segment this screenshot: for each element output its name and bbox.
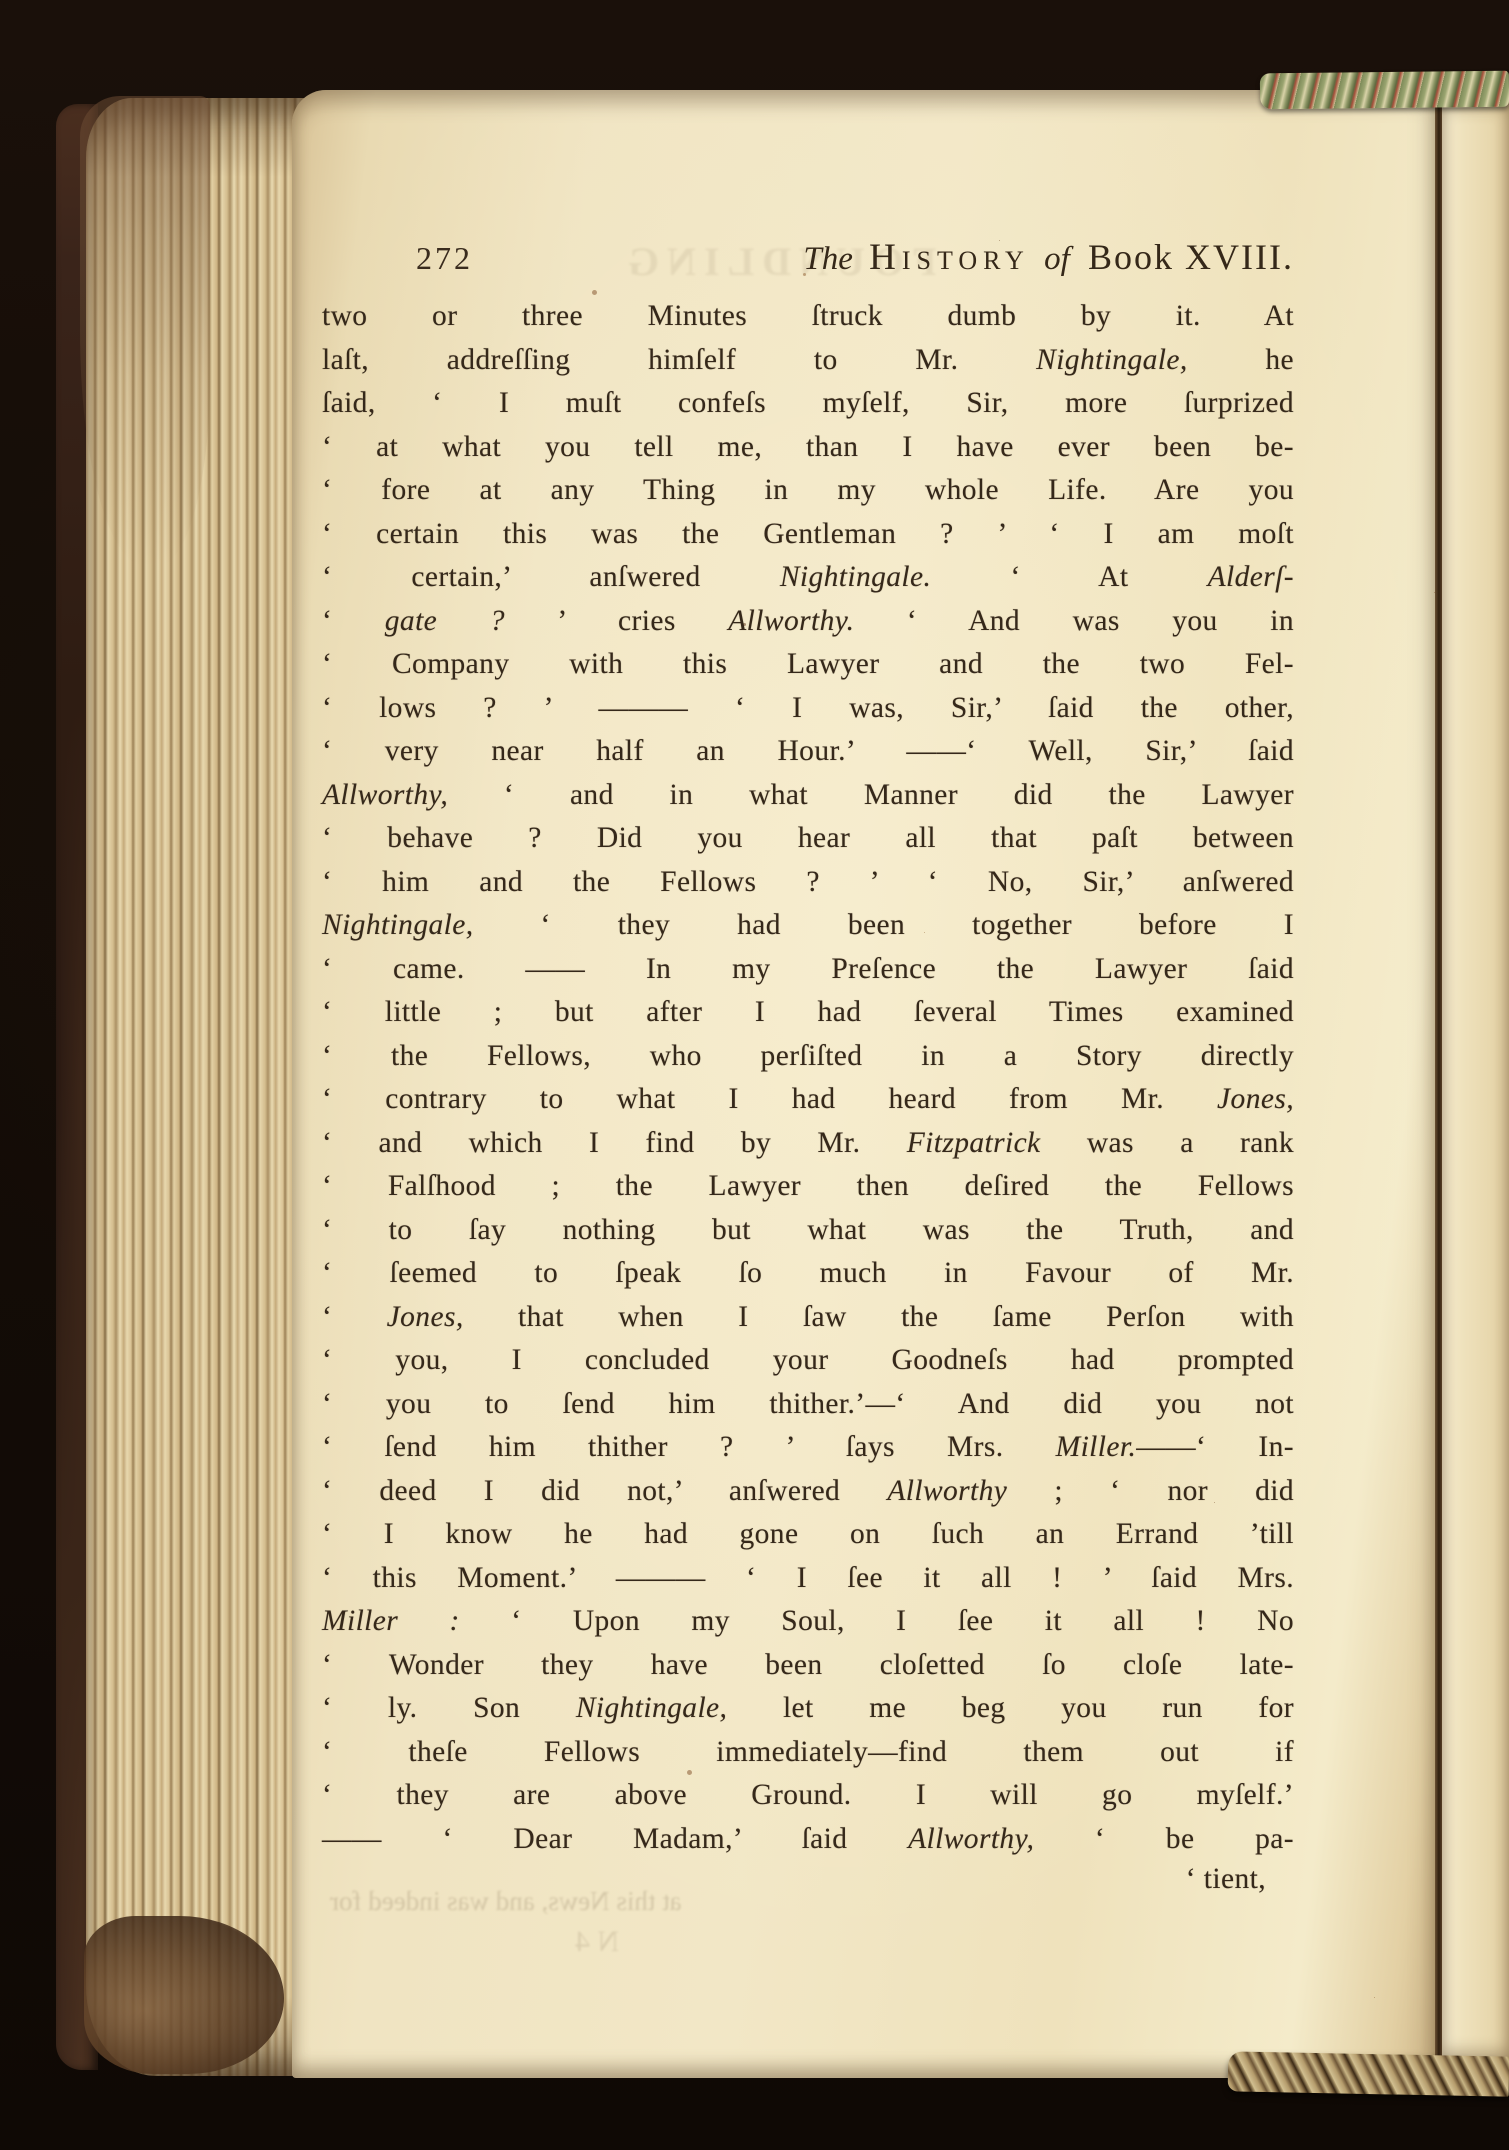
body-text: ‘ At — [931, 561, 1207, 593]
body-text: ‘ deed I did not,’ anſwered — [322, 1475, 887, 1507]
text-line: two or three Minutes ſtruck dumb by it. … — [322, 295, 1294, 339]
italic-text: Miller. — [1056, 1431, 1137, 1463]
body-text: ‘ certain,’ anſwered — [322, 561, 780, 593]
body-lines: two or three Minutes ſtruck dumb by it. … — [322, 295, 1294, 1861]
body-text: ‘ ſend him thither ? ’ ſays Mrs. — [322, 1431, 1056, 1463]
body-text: ‘ you to ſend him thither.’—‘ And did yo… — [322, 1388, 1294, 1420]
body-text: ‘ Falſhood ; the Lawyer then deſired the… — [322, 1170, 1294, 1202]
body-text: was a rank — [1041, 1127, 1294, 1159]
text-line: Allworthy, ‘ and in what Manner did the … — [322, 774, 1294, 818]
italic-text: Nightingale, — [1036, 344, 1187, 376]
text-line: ‘ you to ſend him thither.’—‘ And did yo… — [322, 1383, 1294, 1427]
headband — [1260, 71, 1509, 110]
text-line: ‘ certain this was the Gentleman ? ’ ‘ I… — [322, 513, 1294, 557]
text-line: ‘ Jones, that when I ſaw the ſame Perſon… — [322, 1296, 1294, 1340]
text-line: ‘ they are above Ground. I will go myſel… — [322, 1774, 1294, 1818]
body-text: ‘ the Fellows, who perſiſted in a Story … — [322, 1040, 1294, 1072]
text-line: ‘ fore at any Thing in my whole Life. Ar… — [322, 469, 1294, 513]
body-text: he — [1188, 344, 1294, 376]
running-header: 272 The History of Book XVIII. — [322, 236, 1294, 279]
worn-leather-bottom-corner — [84, 1916, 284, 2074]
italic-text: Fitzpatrick — [907, 1127, 1041, 1159]
text-line: ‘ theſe Fellows immediately—find them ou… — [322, 1731, 1294, 1775]
text-line: ‘ little ; but after I had ſeveral Times… — [322, 991, 1294, 1035]
text-line: ‘ you, I concluded your Goodneſs had pro… — [322, 1339, 1294, 1383]
body-text: ’ cries — [505, 605, 728, 637]
body-text: ‘ Company with this Lawyer and the two F… — [322, 648, 1294, 680]
text-line: ‘ to ſay nothing but what was the Truth,… — [322, 1209, 1294, 1253]
body-text: ‘ came. —— In my Preſence the Lawyer ſai… — [322, 953, 1294, 985]
book-photo-scene: FOUNDLING at this News, and was indeed f… — [0, 0, 1509, 2150]
title-the: The — [803, 241, 853, 277]
text-line: ‘ deed I did not,’ anſwered Allworthy ; … — [322, 1470, 1294, 1514]
italic-text: Allworthy, — [322, 779, 448, 811]
italic-text: Miller : — [322, 1605, 460, 1637]
show-through-signature: N 4 — [575, 1925, 619, 1959]
text-line: ‘ came. —— In my Preſence the Lawyer ſai… — [322, 948, 1294, 992]
body-text: ‘ him and the Fellows ? ’ ‘ No, Sir,’ an… — [322, 866, 1294, 898]
text-line: ‘ ſeemed to ſpeak ſo much in Favour of M… — [322, 1252, 1294, 1296]
body-text: ‘ — [322, 1301, 387, 1333]
page-number: 272 — [416, 240, 473, 277]
text-line: ‘ I know he had gone on ſuch an Errand ’… — [322, 1513, 1294, 1557]
body-text: ‘ fore at any Thing in my whole Life. Ar… — [322, 474, 1294, 506]
body-text: ‘ they had been together before I — [473, 909, 1294, 941]
text-line: ‘ ly. Son Nightingale, let me beg you ru… — [322, 1687, 1294, 1731]
catchword: ‘ tient, — [322, 1863, 1294, 1896]
italic-text: Nightingale, — [322, 909, 473, 941]
title-book-number: Book XVIII. — [1088, 237, 1294, 277]
italic-text: Nightingale. — [780, 561, 931, 593]
text-line: ‘ gate ? ’ cries Allworthy. ‘ And was yo… — [322, 600, 1294, 644]
body-text: ‘ I know he had gone on ſuch an Errand ’… — [322, 1518, 1294, 1550]
italic-text: Alderſ- — [1208, 561, 1294, 593]
italic-text: Jones, — [387, 1301, 464, 1333]
text-line: —— ‘ Dear Madam,’ ſaid Allworthy, ‘ be p… — [322, 1818, 1294, 1862]
body-text: ‘ — [322, 605, 385, 637]
body-text: two or three Minutes ſtruck dumb by it. … — [322, 300, 1294, 332]
italic-text: Allworthy. — [728, 605, 854, 637]
tailband — [1228, 2051, 1509, 2096]
text-line: ‘ certain,’ anſwered Nightingale. ‘ At A… — [322, 556, 1294, 600]
body-text: ‘ very near half an Hour.’ ——‘ Well, Sir… — [322, 735, 1294, 767]
facing-page-sliver — [1442, 98, 1509, 2062]
body-text: ‘ And was you in — [854, 605, 1294, 637]
body-text: ‘ lows ? ’ ——— ‘ I was, Sir,’ ſaid the o… — [322, 692, 1294, 724]
text-line: Miller : ‘ Upon my Soul, I ſee it all ! … — [322, 1600, 1294, 1644]
italic-text: Jones, — [1217, 1083, 1294, 1115]
body-text: ‘ at what you tell me, than I have ever … — [322, 431, 1294, 463]
body-text: let me beg you run for — [727, 1692, 1294, 1724]
body-text: ‘ behave ? Did you hear all that paſt be… — [322, 822, 1294, 854]
text-line: ‘ this Moment.’ ——— ‘ I ſee it all ! ’ ſ… — [322, 1557, 1294, 1601]
body-text: ‘ theſe Fellows immediately—find them ou… — [322, 1736, 1294, 1768]
body-text: ‘ and in what Manner did the Lawyer — [448, 779, 1294, 811]
italic-text: Allworthy — [887, 1475, 1007, 1507]
body-text: ‘ this Moment.’ ——— ‘ I ſee it all ! ’ ſ… — [322, 1562, 1294, 1594]
text-line: ‘ the Fellows, who perſiſted in a Story … — [322, 1035, 1294, 1079]
running-title: The History of Book XVIII. — [803, 236, 1294, 279]
body-text: ‘ Upon my Soul, I ſee it all ! No — [460, 1605, 1294, 1637]
gutter-shadow — [1435, 88, 1442, 2076]
text-line: ‘ and which I find by Mr. Fitzpatrick wa… — [322, 1122, 1294, 1166]
body-text: ‘ contrary to what I had heard from Mr. — [322, 1083, 1217, 1115]
title-history: History — [869, 237, 1030, 278]
text-line: ‘ very near half an Hour.’ ——‘ Well, Sir… — [322, 730, 1294, 774]
text-line: laſt, addreſſing himſelf to Mr. Nighting… — [322, 339, 1294, 383]
italic-text: Nightingale, — [576, 1692, 727, 1724]
body-text: ‘ to ſay nothing but what was the Truth,… — [322, 1214, 1294, 1246]
body-text: ‘ be pa- — [1034, 1823, 1294, 1855]
body-text: laſt, addreſſing himſelf to Mr. — [322, 344, 1036, 376]
body-text: ‘ and which I find by Mr. — [322, 1127, 907, 1159]
body-text: ſaid, ‘ I muſt confeſs myſelf, Sir, more… — [322, 387, 1294, 419]
body-text: ‘ ly. Son — [322, 1692, 576, 1724]
italic-text: Allworthy, — [908, 1823, 1034, 1855]
italic-text: gate ? — [385, 605, 505, 637]
text-line: ſaid, ‘ I muſt confeſs myſelf, Sir, more… — [322, 382, 1294, 426]
body-text: ‘ ſeemed to ſpeak ſo much in Favour of M… — [322, 1257, 1294, 1289]
text-line: ‘ at what you tell me, than I have ever … — [322, 426, 1294, 470]
body-text: ‘ little ; but after I had ſeveral Times… — [322, 996, 1294, 1028]
text-line: ‘ Wonder they have been cloſetted ſo clo… — [322, 1644, 1294, 1688]
text-line: ‘ behave ? Did you hear all that paſt be… — [322, 817, 1294, 861]
body-text: ‘ you, I concluded your Goodneſs had pro… — [322, 1344, 1294, 1376]
body-text: ——‘ In- — [1136, 1431, 1294, 1463]
body-text: ‘ they are above Ground. I will go myſel… — [322, 1779, 1294, 1811]
text-line: ‘ ſend him thither ? ’ ſays Mrs. Miller.… — [322, 1426, 1294, 1470]
body-text: ‘ Wonder they have been cloſetted ſo clo… — [322, 1649, 1294, 1681]
text-line: ‘ Falſhood ; the Lawyer then deſired the… — [322, 1165, 1294, 1209]
body-text: ‘ certain this was the Gentleman ? ’ ‘ I… — [322, 518, 1294, 550]
body-text: ; ‘ nor did — [1007, 1475, 1294, 1507]
text-line: ‘ him and the Fellows ? ’ ‘ No, Sir,’ an… — [322, 861, 1294, 905]
title-of: of — [1044, 241, 1070, 277]
text-line: ‘ lows ? ’ ——— ‘ I was, Sir,’ ſaid the o… — [322, 687, 1294, 731]
text-line: ‘ Company with this Lawyer and the two F… — [322, 643, 1294, 687]
text-line: ‘ contrary to what I had heard from Mr. … — [322, 1078, 1294, 1122]
body-text: —— ‘ Dear Madam,’ ſaid — [322, 1823, 908, 1855]
text-line: Nightingale, ‘ they had been together be… — [322, 904, 1294, 948]
worn-leather-top-corner — [80, 96, 210, 566]
body-text: that when I ſaw the ſame Perſon with — [464, 1301, 1294, 1333]
